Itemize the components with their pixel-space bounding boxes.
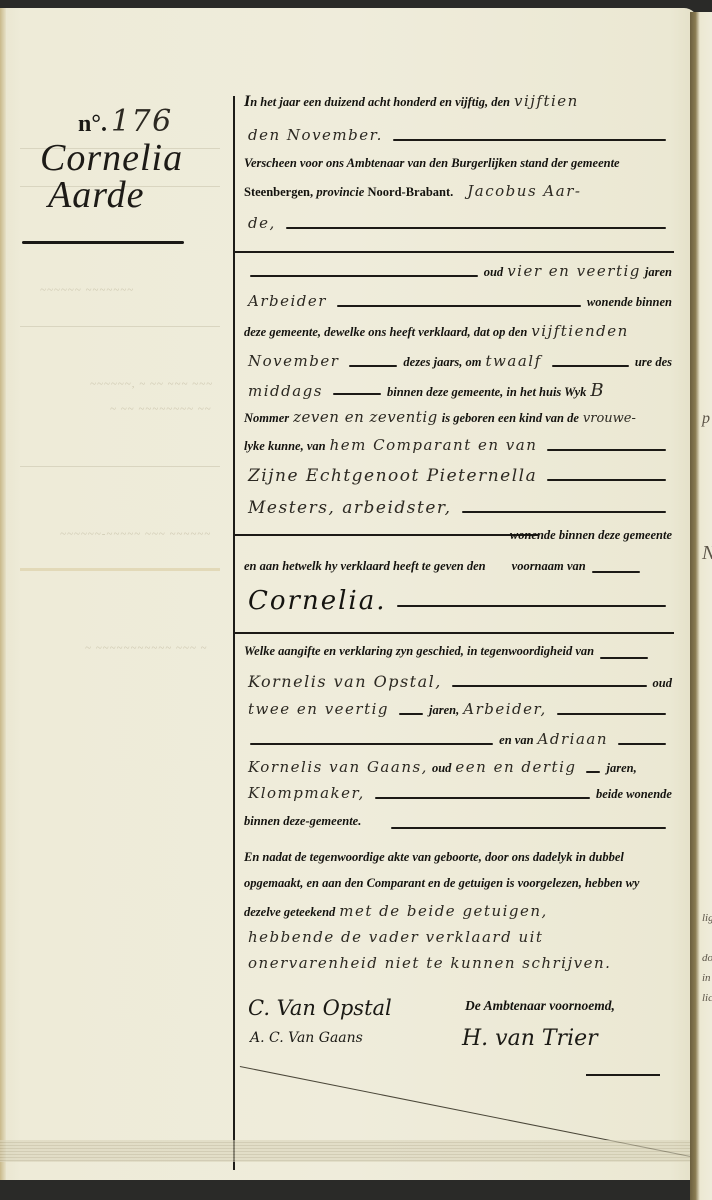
text-line-25: En nadat de tegenwoordige akte van geboo…	[244, 850, 672, 878]
fill-dash	[333, 393, 381, 395]
section-rule	[235, 251, 674, 253]
text-line-24: binnen deze-gemeente.	[244, 814, 672, 842]
text-line-14: Mesters, arbeidster,	[244, 498, 672, 526]
handwritten-birth-day: vijftienden	[531, 322, 628, 340]
fill-dash	[337, 305, 581, 307]
text-line-22: Kornelis van Gaans, oud een en dertig ja…	[244, 758, 672, 786]
printed-text: Verscheen voor ons Ambtenaar van den Bur…	[244, 156, 620, 171]
printed-municipality: Steenbergen,	[244, 185, 313, 200]
text-line-5: de,	[244, 214, 672, 242]
ledger-line	[20, 568, 220, 571]
handwritten-ward: B	[590, 380, 605, 401]
handwritten-text: met de beide getuigen,	[339, 902, 548, 920]
printed-text: binnen deze-gemeente.	[244, 814, 361, 829]
signature-witness-1: C. Van Opstal	[248, 996, 392, 1020]
handwritten-mother-surname: Mesters, arbeidster,	[248, 498, 452, 518]
text-line-4: Steenbergen, provincie Noord-Brabant. Ja…	[244, 182, 672, 210]
handwritten-time-of-day: middags	[248, 382, 323, 400]
text-line-8: deze gemeente, dewelke ons heeft verklaa…	[244, 322, 672, 350]
handwritten-witness-2-first: Adriaan	[538, 730, 608, 748]
printed-text: binnen deze gemeente, in het huis Wyk	[387, 385, 586, 400]
handwritten-text: onervarenheid niet te kunnen schrijven.	[248, 954, 611, 972]
bleed-through: ~ ~~~~~~~~~~~ ~~~ ~	[85, 642, 207, 654]
text-line-11: Nommer zeven en zeventig is geboren een …	[244, 408, 672, 436]
next-page-fragment: do	[702, 952, 712, 964]
handwritten-occupation: Arbeider	[248, 292, 327, 310]
bleed-through: ~~~~~~ ~~~~~~~	[40, 284, 134, 296]
next-page-fragment: lig	[702, 912, 712, 924]
fill-dash	[600, 657, 648, 659]
handwritten-text: de,	[248, 214, 276, 232]
handwritten-sex: vrouwe-	[583, 411, 636, 426]
handwritten-age: vier en veertig	[507, 262, 641, 280]
signature-witness-2: A. C. Van Gaans	[250, 1030, 363, 1046]
text-line-23: Klompmaker, beide wonende	[244, 784, 672, 812]
handwritten-witness-1-occupation: Arbeider,	[463, 700, 547, 718]
printed-text: provincie	[316, 185, 364, 200]
printed-text: jaren,	[606, 761, 636, 776]
printed-text: Nommer	[244, 411, 289, 426]
handwritten-declarant-name: Jacobus Aar-	[467, 182, 581, 200]
text-line-16: en aan hetwelk hy verklaard heeft te gev…	[244, 558, 672, 586]
fill-dash	[286, 227, 666, 229]
printed-text: jaren,	[429, 703, 459, 718]
printed-text: wonende binnen	[587, 295, 672, 310]
text-line-18: Welke aangifte en verklaring zyn geschie…	[244, 644, 672, 672]
fill-dash	[393, 139, 666, 141]
text-line-20: twee en veertig jaren, Arbeider,	[244, 700, 672, 728]
text-line-10: middags binnen deze gemeente, in het hui…	[244, 380, 672, 408]
printed-text: van	[567, 559, 586, 574]
printed-text: dezelve geteekend	[244, 905, 335, 920]
printed-province: Noord-Brabant.	[368, 185, 454, 200]
text-line-3: Verscheen voor ons Ambtenaar van den Bur…	[244, 156, 672, 184]
ledger-line	[20, 466, 220, 467]
handwritten-witness-2-age: een en dertig	[455, 758, 576, 776]
text-line-17: Cornelia.	[244, 586, 672, 626]
printed-text: is geboren een kind van de	[442, 411, 579, 426]
printed-text: oud	[484, 265, 503, 280]
text-line-2: den November.	[244, 126, 672, 154]
printed-text: en van	[499, 733, 533, 748]
fill-dash	[397, 605, 666, 607]
register-page: n°.176 Cornelia Aarde ~~~~~~ ~~~~~~~ ~~~…	[0, 8, 698, 1180]
fill-dash	[399, 713, 423, 715]
fill-dash	[557, 713, 666, 715]
fill-dash	[250, 275, 478, 277]
text-line-12: lyke kunne, van hem Comparant en van	[244, 436, 672, 464]
text-line-6: oud vier en veertig jaren	[244, 262, 672, 290]
text-line-9: November dezes jaars, om twaalf ure des	[244, 352, 672, 380]
handwritten-hour: twaalf	[486, 352, 542, 370]
signature-underline	[586, 1074, 660, 1076]
fill-dash	[547, 449, 666, 451]
printed-text: In het jaar een duizend acht honderd en …	[244, 93, 510, 111]
margin-column: n°.176 Cornelia Aarde ~~~~~~ ~~~~~~~ ~~~…	[0, 8, 233, 1180]
printed-text: en aan hetwelk hy verklaard heeft te gev…	[244, 559, 486, 574]
fill-dash	[349, 365, 397, 367]
fill-dash	[391, 827, 666, 829]
printed-text: opgemaakt, en aan den Comparant en de ge…	[244, 876, 639, 891]
fill-dash	[462, 511, 666, 513]
printed-text: ure des	[635, 355, 672, 370]
printed-text: En nadat de tegenwoordige akte van geboo…	[244, 850, 624, 865]
text-line-1: In het jaar een duizend acht honderd en …	[244, 92, 672, 120]
fill-dash	[375, 797, 590, 799]
text-line-26: opgemaakt, en aan den Comparant en de ge…	[244, 876, 672, 904]
fill-dash	[552, 365, 629, 367]
printed-text: deze gemeente, dewelke ons heeft verklaa…	[244, 325, 527, 340]
margin-rule	[22, 241, 184, 244]
text-line-28: hebbende de vader verklaard uit	[244, 928, 672, 956]
printed-text: oud	[653, 676, 672, 691]
fill-dash	[547, 479, 666, 481]
handwritten-mother-name: Zijne Echtgenoot Pieternella	[248, 466, 537, 486]
next-page-fragment: p	[702, 410, 710, 428]
entry-number: n°.176	[78, 104, 177, 139]
signature-official: H. van Trier	[462, 1026, 598, 1051]
fill-dash	[618, 743, 666, 745]
entry-prefix: n°.	[78, 111, 107, 137]
text-line-13: Zijne Echtgenoot Pieternella	[244, 466, 672, 494]
printed-text: beide wonende	[596, 787, 672, 802]
handwritten-birth-month: November	[248, 352, 339, 370]
next-page-fragment: lic	[702, 992, 712, 1004]
bleed-through: ~~~~~~-~~~~~ ~~~ ~~~~~~	[60, 528, 211, 540]
handwritten-witness-2-occupation: Klompmaker,	[248, 784, 365, 802]
text-line-7: Arbeider wonende binnen	[244, 292, 672, 320]
official-label: De Ambtenaar voornoemd,	[465, 998, 615, 1014]
handwritten-month: den November.	[248, 126, 383, 144]
printed-text: wonende binnen deze gemeente	[510, 528, 672, 543]
fill-dash	[250, 743, 493, 745]
handwritten-witness-2: Kornelis van Gaans,	[248, 758, 428, 776]
text-line-15: wonende binnen deze gemeente	[244, 528, 672, 556]
page-stack-edge	[0, 1140, 690, 1162]
printed-text: oud	[432, 761, 451, 776]
text-line-27: dezelve geteekend met de beide getuigen,	[244, 902, 672, 930]
ledger-line	[20, 326, 220, 327]
fill-dash	[452, 685, 647, 687]
entry-number-value: 176	[111, 104, 173, 139]
handwritten-house-number: zeven en zeventig	[293, 408, 438, 426]
next-page-fragment: N	[702, 542, 712, 565]
printed-text: Welke aangifte en verklaring zyn geschie…	[244, 644, 594, 659]
printed-text: lyke kunne, van	[244, 439, 326, 454]
printed-text: voornaam	[512, 559, 564, 574]
margin-surname: Aarde	[48, 173, 144, 217]
handwritten-witness-1-age: twee en veertig	[248, 700, 389, 718]
bleed-through: ~~~~~~, ~ ~~ ~~~ ~~~	[90, 378, 213, 390]
handwritten-text: hebbende de vader verklaard uit	[248, 928, 543, 946]
next-page-edge: p N lig do in lic	[690, 12, 712, 1200]
handwritten-witness-1: Kornelis van Opstal,	[248, 672, 442, 691]
text-line-19: Kornelis van Opstal, oud	[244, 672, 672, 700]
bleed-through: ~ ~~ ~~~~~~~~ ~~	[110, 403, 212, 415]
handwritten-day: vijftien	[514, 92, 579, 110]
next-page-fragment: in	[702, 972, 711, 984]
text-line-29: onervarenheid niet te kunnen schrijven.	[244, 954, 672, 982]
handwritten-text: hem Comparant en van	[330, 436, 538, 454]
text-line-21: en van Adriaan	[244, 730, 672, 758]
handwritten-given-name: Cornelia.	[248, 586, 387, 616]
fill-dash	[586, 771, 600, 773]
printed-text: jaren	[645, 265, 672, 280]
fill-dash	[592, 571, 640, 573]
printed-text: dezes jaars, om	[403, 355, 481, 370]
section-rule	[235, 632, 674, 634]
